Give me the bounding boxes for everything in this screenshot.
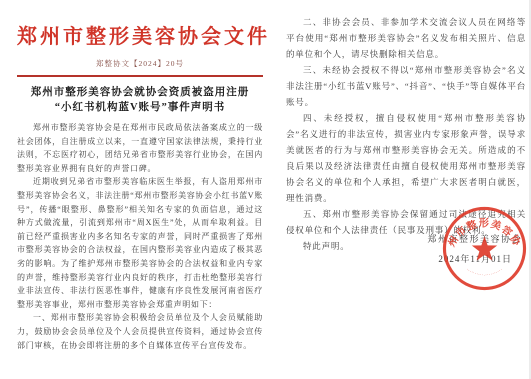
document-title: 郑州市整形美容协会就协会资质被盗用注册 “小红书机构蓝V账号”事件声明书 xyxy=(17,85,263,115)
body-paragraph: 三、未经协会授权不得以“郑州市整形美容协会”名义非法注册“小红书蓝V账号”、“抖… xyxy=(286,62,526,110)
body-paragraph: 郑州市整形美容协会是在郑州市民政局依法备案成立的一级社会团体，自注册成立以来，一… xyxy=(17,121,263,175)
body-paragraph: 二、非协会会员、非参加学术交流会议人员在网络等平台使用“郑州市整形美容协会”名义… xyxy=(286,14,526,62)
header-divider xyxy=(17,75,263,77)
star-icon xyxy=(472,236,497,260)
left-body: 郑州市整形美容协会是在郑州市民政局依法备案成立的一级社会团体，自注册成立以来，一… xyxy=(17,121,263,352)
body-paragraph: 四、未经授权，擅自侵权使用“郑州市整形美容协会”名义进行的非法宣传，损害业内专家… xyxy=(286,110,526,206)
document-title-line2: “小红书机构蓝V账号”事件声明书 xyxy=(17,100,263,115)
document-scan: 郑州市整形美容协会文件 郑整协文【2024】20号 郑州市整形美容协会就协会资质… xyxy=(0,0,531,379)
svg-text:·····················: ····················· xyxy=(465,267,503,278)
document-page-left: 郑州市整形美容协会文件 郑整协文【2024】20号 郑州市整形美容协会就协会资质… xyxy=(17,8,263,352)
document-masthead: 郑州市整形美容协会文件 xyxy=(17,20,263,49)
document-number: 郑整协文【2024】20号 xyxy=(17,58,263,69)
body-paragraph: 一、郑州市整形美容协会积极给会员单位及个人会员赋能助力，鼓励协会会员单位及个人会… xyxy=(17,311,263,352)
official-seal: 郑州市整形美容协会 ····················· xyxy=(441,205,528,292)
seal-serial-text: ····················· xyxy=(465,267,503,278)
document-title-line1: 郑州市整形美容协会就协会资质被盗用注册 xyxy=(17,85,263,100)
body-paragraph: 近期收到兄弟省市整形美容临床医生举报，有人盗用郑州市整形美容协会名义，非法注册“… xyxy=(17,175,263,311)
